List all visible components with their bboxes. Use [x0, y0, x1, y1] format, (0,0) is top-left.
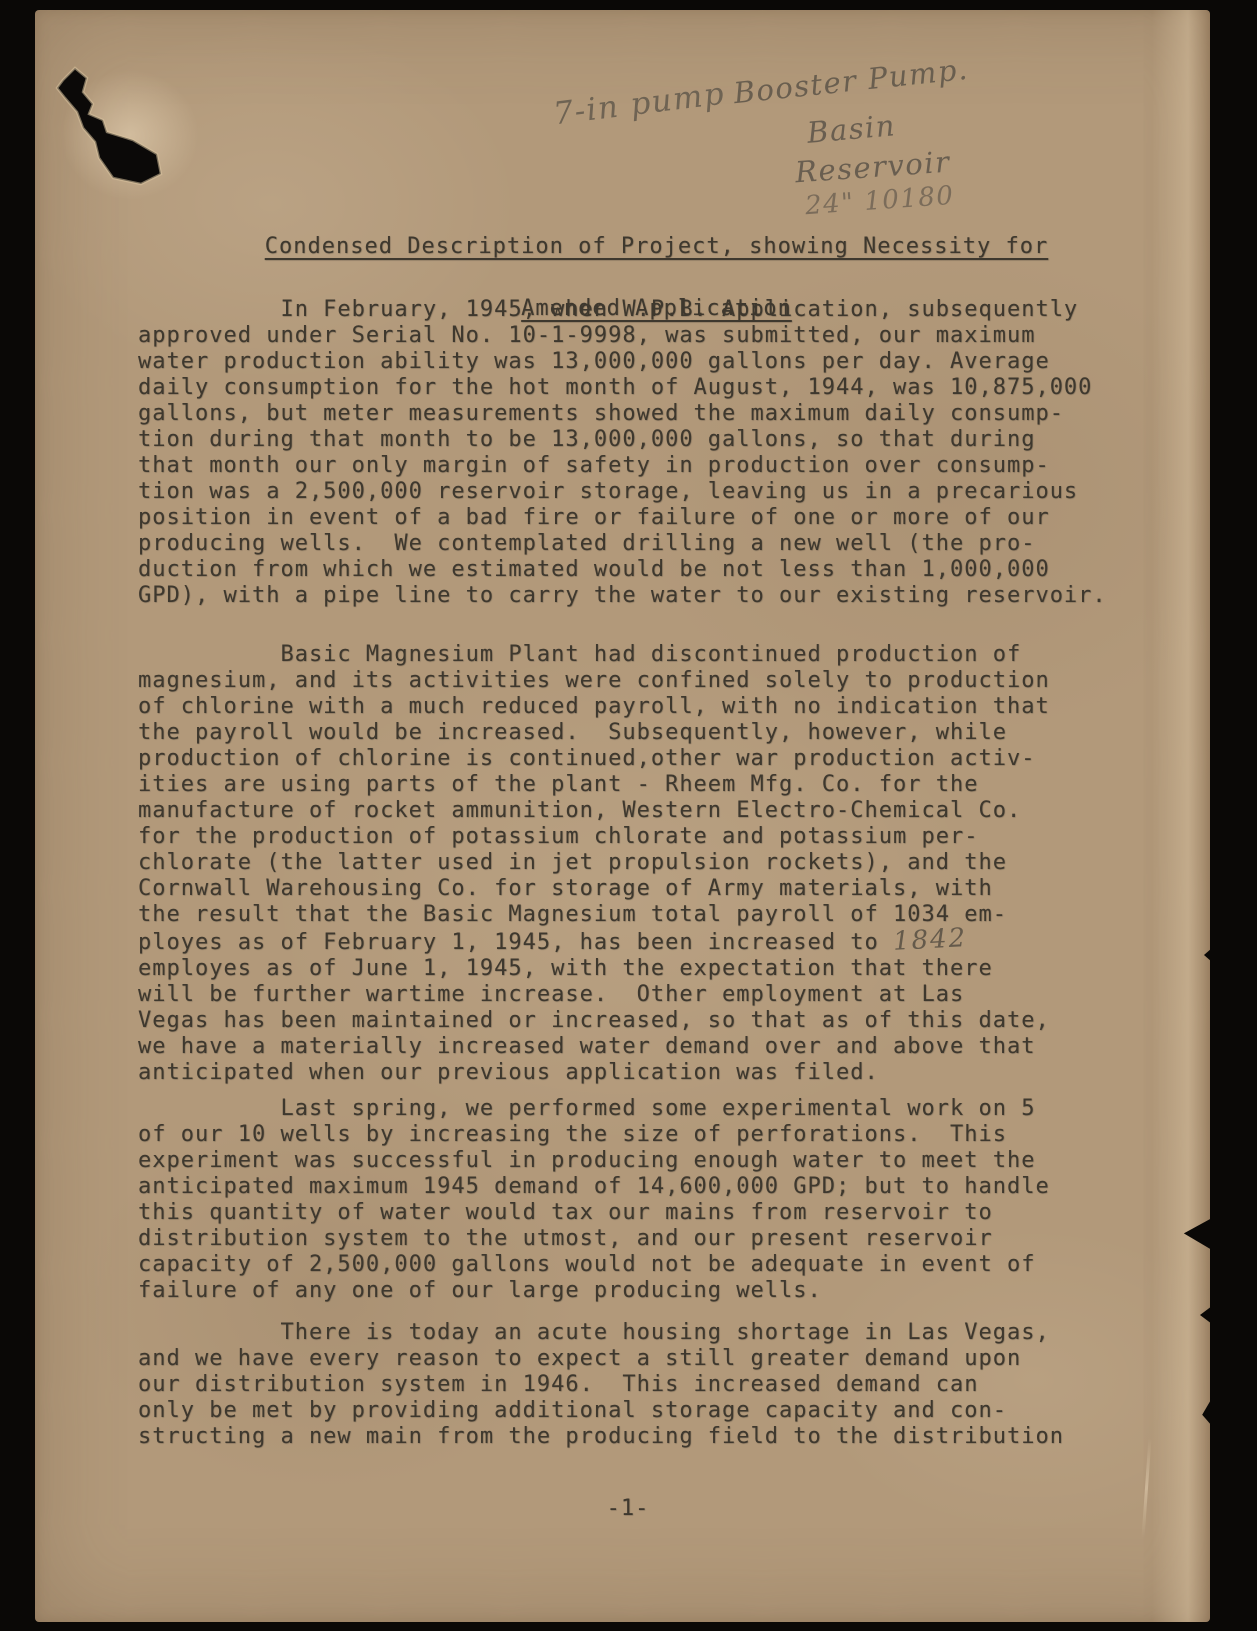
document-paper-sheet: 7-in pump Booster Pump. Basin Reservoir …	[35, 10, 1210, 1622]
paragraph-2-typed-after: employes as of June 1, 1945, with the ex…	[138, 956, 1050, 1085]
paper-crease-line	[1142, 1438, 1152, 1538]
scanned-document-page: { "colors": { "background": "#0a0806", "…	[0, 0, 1257, 1631]
pencil-note-basin: Basin	[806, 108, 898, 150]
pencil-note-pump: 7-in pump	[551, 76, 727, 133]
paragraph-2: Basic Magnesium Plant had discontinued p…	[138, 642, 1050, 1086]
handwritten-payroll-figure: 1842	[892, 925, 967, 955]
paper-right-edge-crease	[1152, 10, 1210, 1622]
paragraph-4: There is today an acute housing shortage…	[138, 1320, 1064, 1450]
paragraph-1: In February, 1945, when W.P.B. Applicati…	[138, 297, 1107, 609]
page-number: -1-	[138, 1496, 1118, 1522]
title-line-1: Condensed Description of Project, showin…	[265, 234, 1048, 259]
pencil-note-booster-pump: Booster Pump.	[732, 52, 970, 110]
torn-hole	[49, 58, 199, 198]
paragraph-3: Last spring, we performed some experimen…	[138, 1096, 1050, 1304]
paragraph-2-typed-before: Basic Magnesium Plant had discontinued p…	[138, 642, 1050, 955]
